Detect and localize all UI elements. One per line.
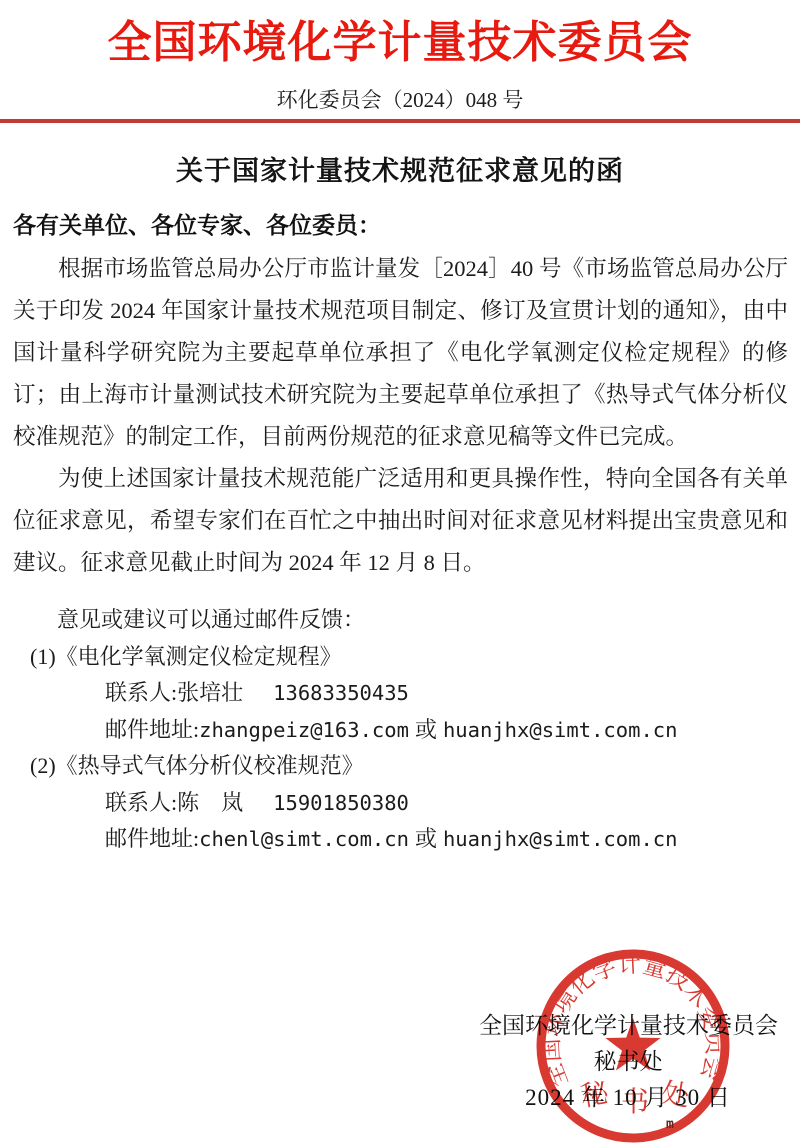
email-secondary: huanjhx@simt.com.cn — [443, 827, 678, 851]
official-letter-page: 全国环境化学计量技术委员会 环化委员会（2024）048 号 关于国家计量技术规… — [0, 0, 800, 1147]
item-2-contact-line: 联系人:陈 岚15901850380 — [13, 785, 788, 822]
email-conjunction: 或 — [415, 717, 437, 742]
feedback-section: 意见或建议可以通过邮件反馈： (1)《电化学氧测定仪检定规程》 联系人:张培壮1… — [13, 602, 788, 858]
item-1-contact-line: 联系人:张培壮13683350435 — [13, 675, 788, 712]
email-primary: chenl@simt.com.cn — [199, 827, 409, 851]
doc-number: 环化委员会（2024）048 号 — [0, 84, 800, 114]
salutation: 各有关单位、各位专家、各位委员： — [13, 207, 381, 240]
red-divider-rule — [0, 119, 800, 123]
letter-title: 关于国家计量技术规范征求意见的函 — [0, 149, 800, 188]
contact-name: 张培壮 — [177, 680, 243, 705]
letterhead-org-title: 全国环境化学计量技术委员会 — [0, 6, 800, 70]
contact-name: 陈 岚 — [177, 790, 243, 815]
item-1-heading: (1)《电化学氧测定仪检定规程》 — [13, 639, 788, 676]
item-2-email-line: 邮件地址:chenl@simt.com.cn或huanjhx@simt.com.… — [13, 821, 788, 858]
feedback-intro: 意见或建议可以通过邮件反馈： — [13, 602, 788, 639]
contact-label: 联系人: — [105, 680, 177, 705]
paragraph-2: 为使上述国家计量技术规范能广泛适用和更具操作性，特向全国各有关单位征求意见，希望… — [13, 458, 788, 584]
email-label: 邮件地址: — [105, 717, 199, 742]
letter-body: 根据市场监管总局办公厅市监计量发［2024］40 号《市场监管总局办公厅关于印发… — [13, 248, 788, 584]
email-label: 邮件地址: — [105, 826, 199, 851]
paragraph-1: 根据市场监管总局办公厅市监计量发［2024］40 号《市场监管总局办公厅关于印发… — [13, 248, 788, 458]
signature-date: 2024 年 10 月 30 日 — [478, 1080, 778, 1116]
item-1-email-line: 邮件地址:zhangpeiz@163.com或huanjhx@simt.com.… — [13, 712, 788, 749]
signature-org: 全国环境化学计量技术委员会 — [478, 1008, 778, 1044]
signature-dept: 秘书处 — [478, 1044, 778, 1080]
contact-phone: 13683350435 — [273, 681, 409, 705]
print-artifact-mark: m — [666, 1117, 674, 1132]
email-conjunction: 或 — [415, 826, 437, 851]
contact-phone: 15901850380 — [273, 791, 409, 815]
contact-label: 联系人: — [105, 790, 177, 815]
email-secondary: huanjhx@simt.com.cn — [443, 718, 678, 742]
email-primary: zhangpeiz@163.com — [199, 718, 409, 742]
item-2-heading: (2)《热导式气体分析仪校准规范》 — [13, 748, 788, 785]
signature-block: 全国环境化学计量技术委员会 秘书处 2024 年 10 月 30 日 — [478, 1008, 778, 1116]
